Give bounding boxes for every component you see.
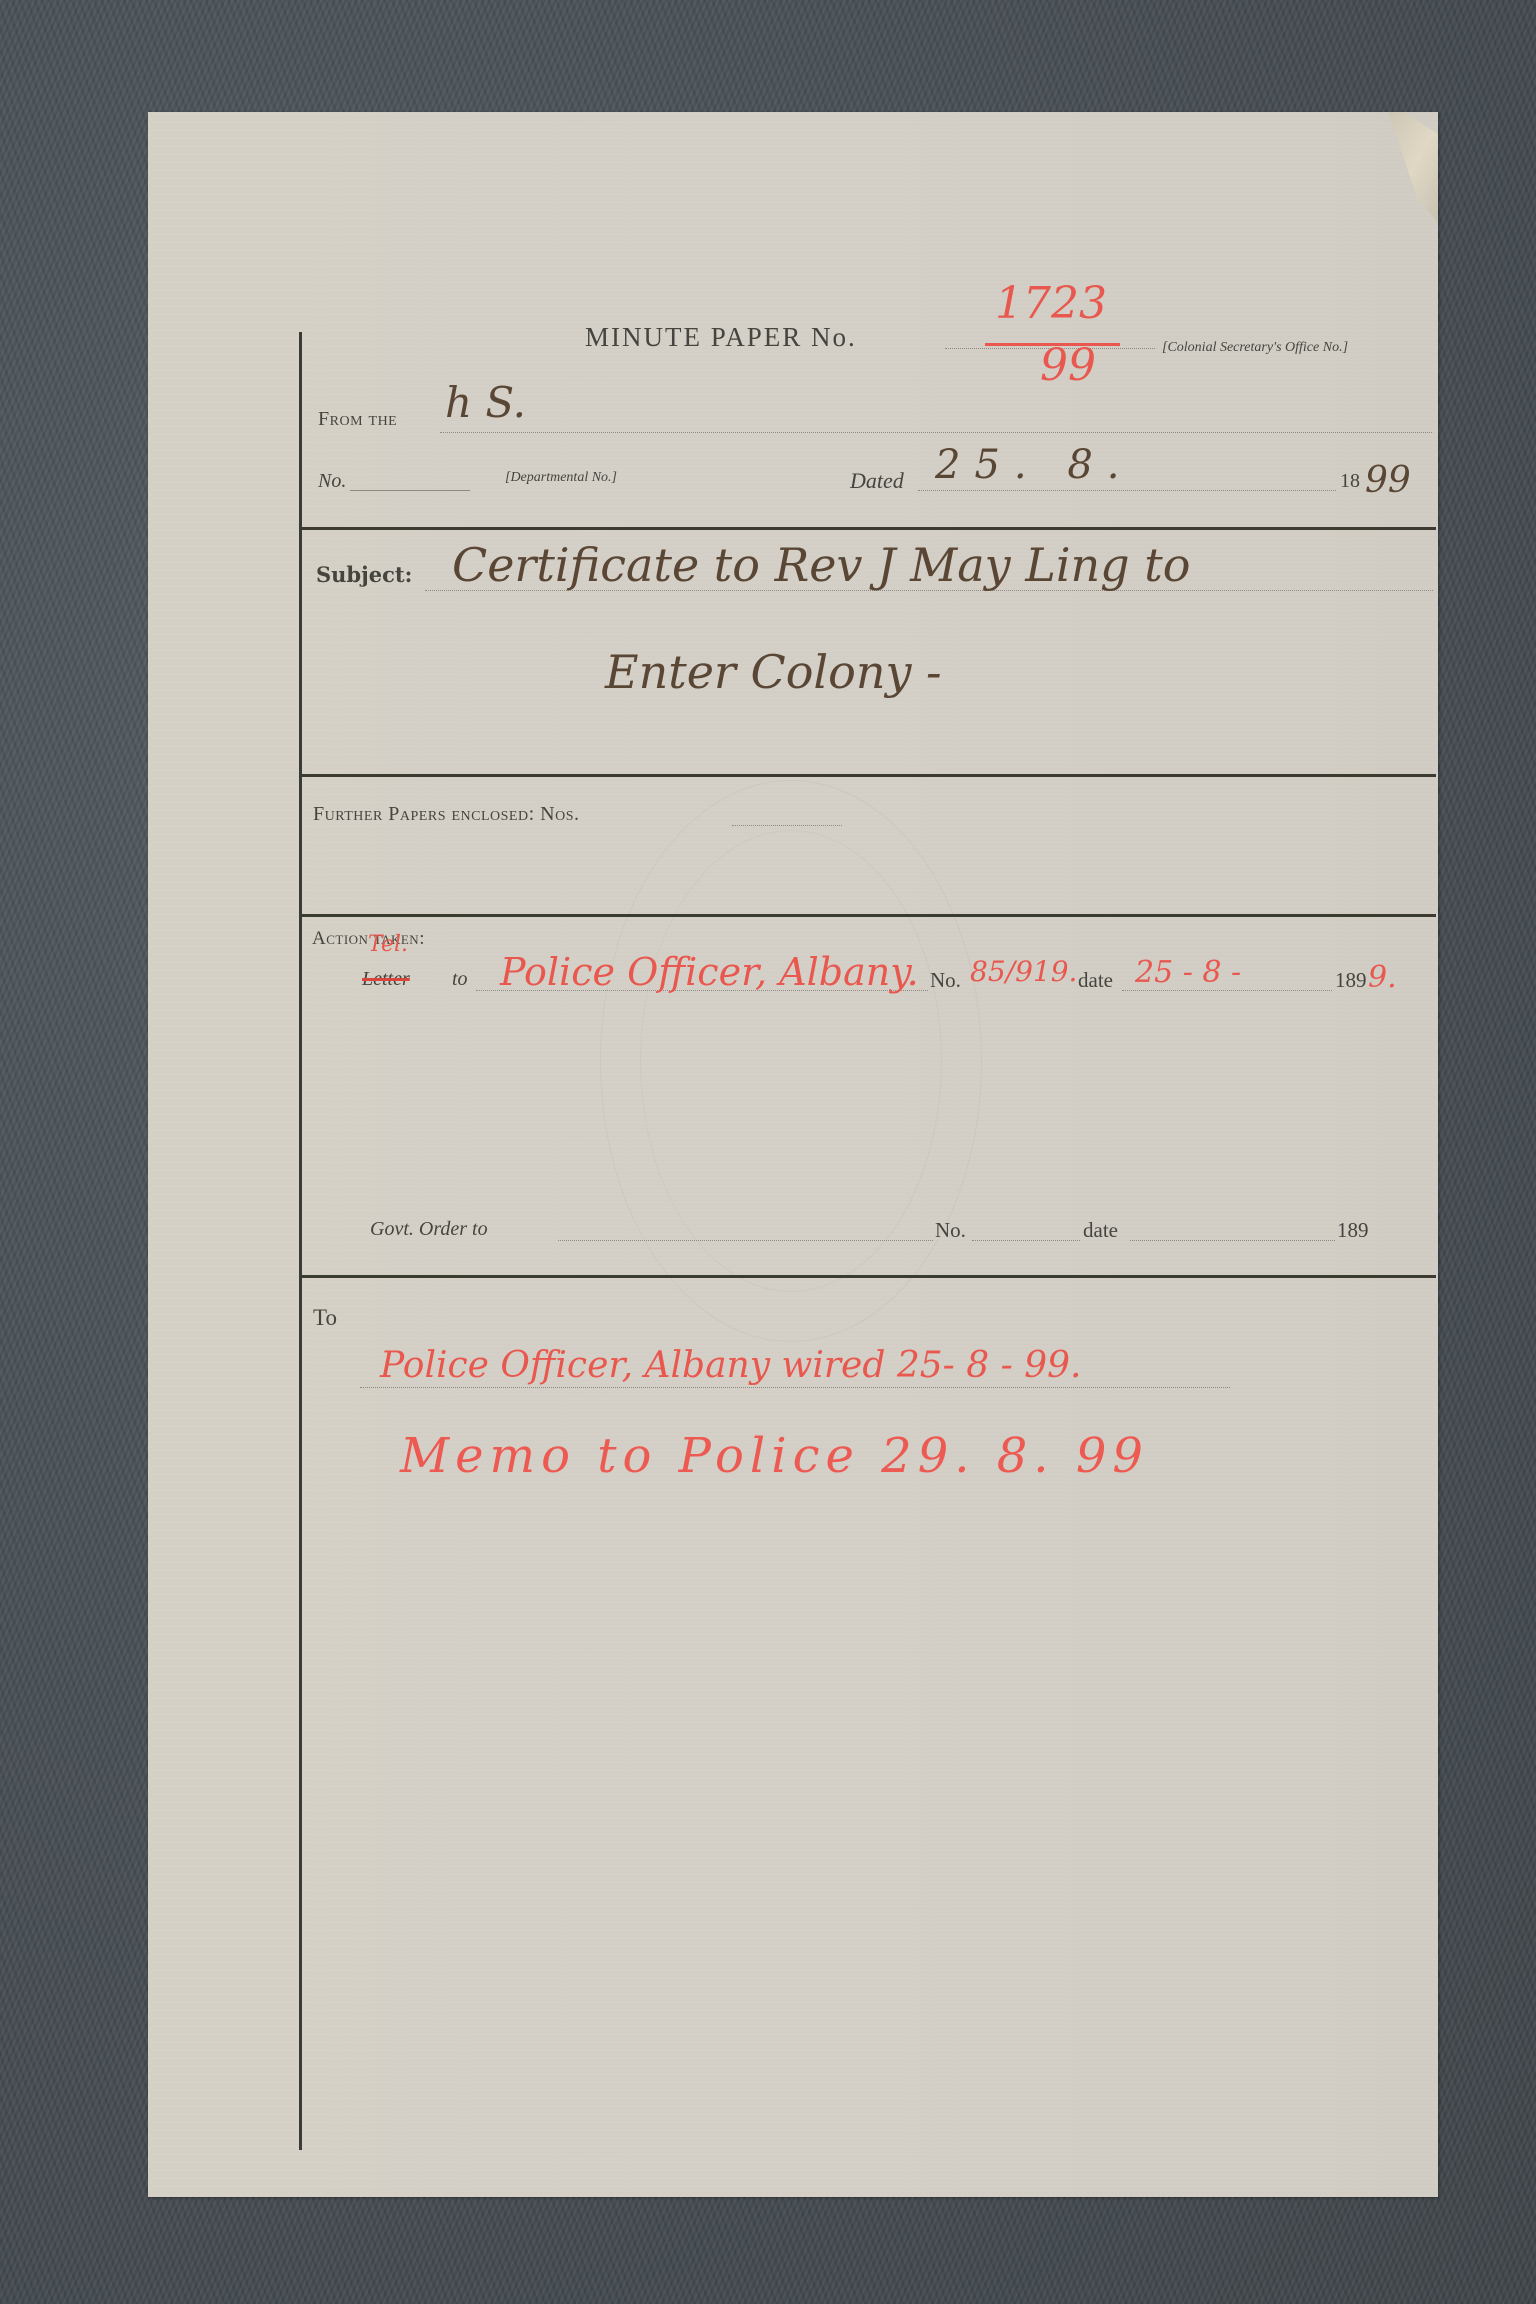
to-label: To — [313, 1305, 337, 1331]
action-letter-label: Letter — [362, 968, 410, 991]
office-note: [Colonial Secretary's Office No.] — [1162, 340, 1348, 356]
govt-order-date-label: date — [1083, 1218, 1118, 1243]
action-correction: Tel. — [368, 932, 408, 957]
from-label: From the — [318, 408, 397, 431]
minute-paper-title: MINUTE PAPER No. — [585, 322, 857, 353]
dated-value: 25. 8. — [935, 442, 1134, 488]
subject-label: Subject: — [316, 562, 412, 587]
further-papers-line — [732, 825, 842, 826]
departmental-no-line — [350, 490, 470, 491]
departmental-no-label: No. — [318, 470, 346, 493]
action-to-label: to — [452, 968, 468, 991]
govt-order-year-prefix: 189 — [1337, 1218, 1369, 1243]
dated-year-suffix: 99 — [1365, 460, 1411, 501]
govt-order-no-label: No. — [935, 1218, 966, 1243]
govt-order-label: Govt. Order to — [370, 1218, 488, 1241]
dated-year-prefix: 18 — [1340, 470, 1360, 493]
departmental-note: [Departmental No.] — [505, 470, 617, 486]
rule-to-top — [300, 1275, 1436, 1278]
action-no-label: No. — [930, 968, 961, 993]
subject-line-1: Certificate to Rev J May Ling to — [452, 538, 1190, 592]
to-line — [360, 1387, 1230, 1388]
action-date-value: 25 - 8 - — [1135, 955, 1241, 990]
govt-order-date-line — [1130, 1240, 1335, 1241]
rule-action-top — [300, 914, 1436, 917]
action-date-label: date — [1078, 968, 1113, 993]
from-line — [440, 432, 1432, 433]
left-margin-rule — [299, 332, 302, 2150]
govt-order-no-line — [972, 1240, 1080, 1241]
action-no-value: 85/919. — [970, 955, 1077, 988]
further-papers-label: Further Papers enclosed: Nos. — [313, 803, 579, 826]
minute-number-bottom: 99 — [1040, 340, 1096, 391]
action-year-prefix: 189 — [1335, 968, 1367, 993]
subject-line-2: Enter Colony - — [605, 645, 942, 699]
dated-label: Dated — [850, 468, 904, 494]
rule-subject-top — [300, 527, 1436, 530]
action-year-suffix: 9. — [1368, 960, 1397, 995]
to-line-2: Memo to Police 29. 8. 99 — [400, 1428, 1149, 1484]
folded-corner — [1388, 112, 1438, 222]
dated-line — [918, 490, 1336, 491]
from-value: h S. — [445, 378, 526, 427]
govt-order-to-line — [558, 1240, 933, 1241]
action-date-line — [1122, 990, 1332, 991]
minute-number-top: 1723 — [995, 278, 1107, 329]
rule-further-papers-top — [300, 774, 1436, 777]
to-line-1: Police Officer, Albany wired 25- 8 - 99. — [380, 1345, 1081, 1386]
action-recipient: Police Officer, Albany. — [500, 950, 919, 994]
watermark-seal-inner — [640, 830, 942, 1292]
